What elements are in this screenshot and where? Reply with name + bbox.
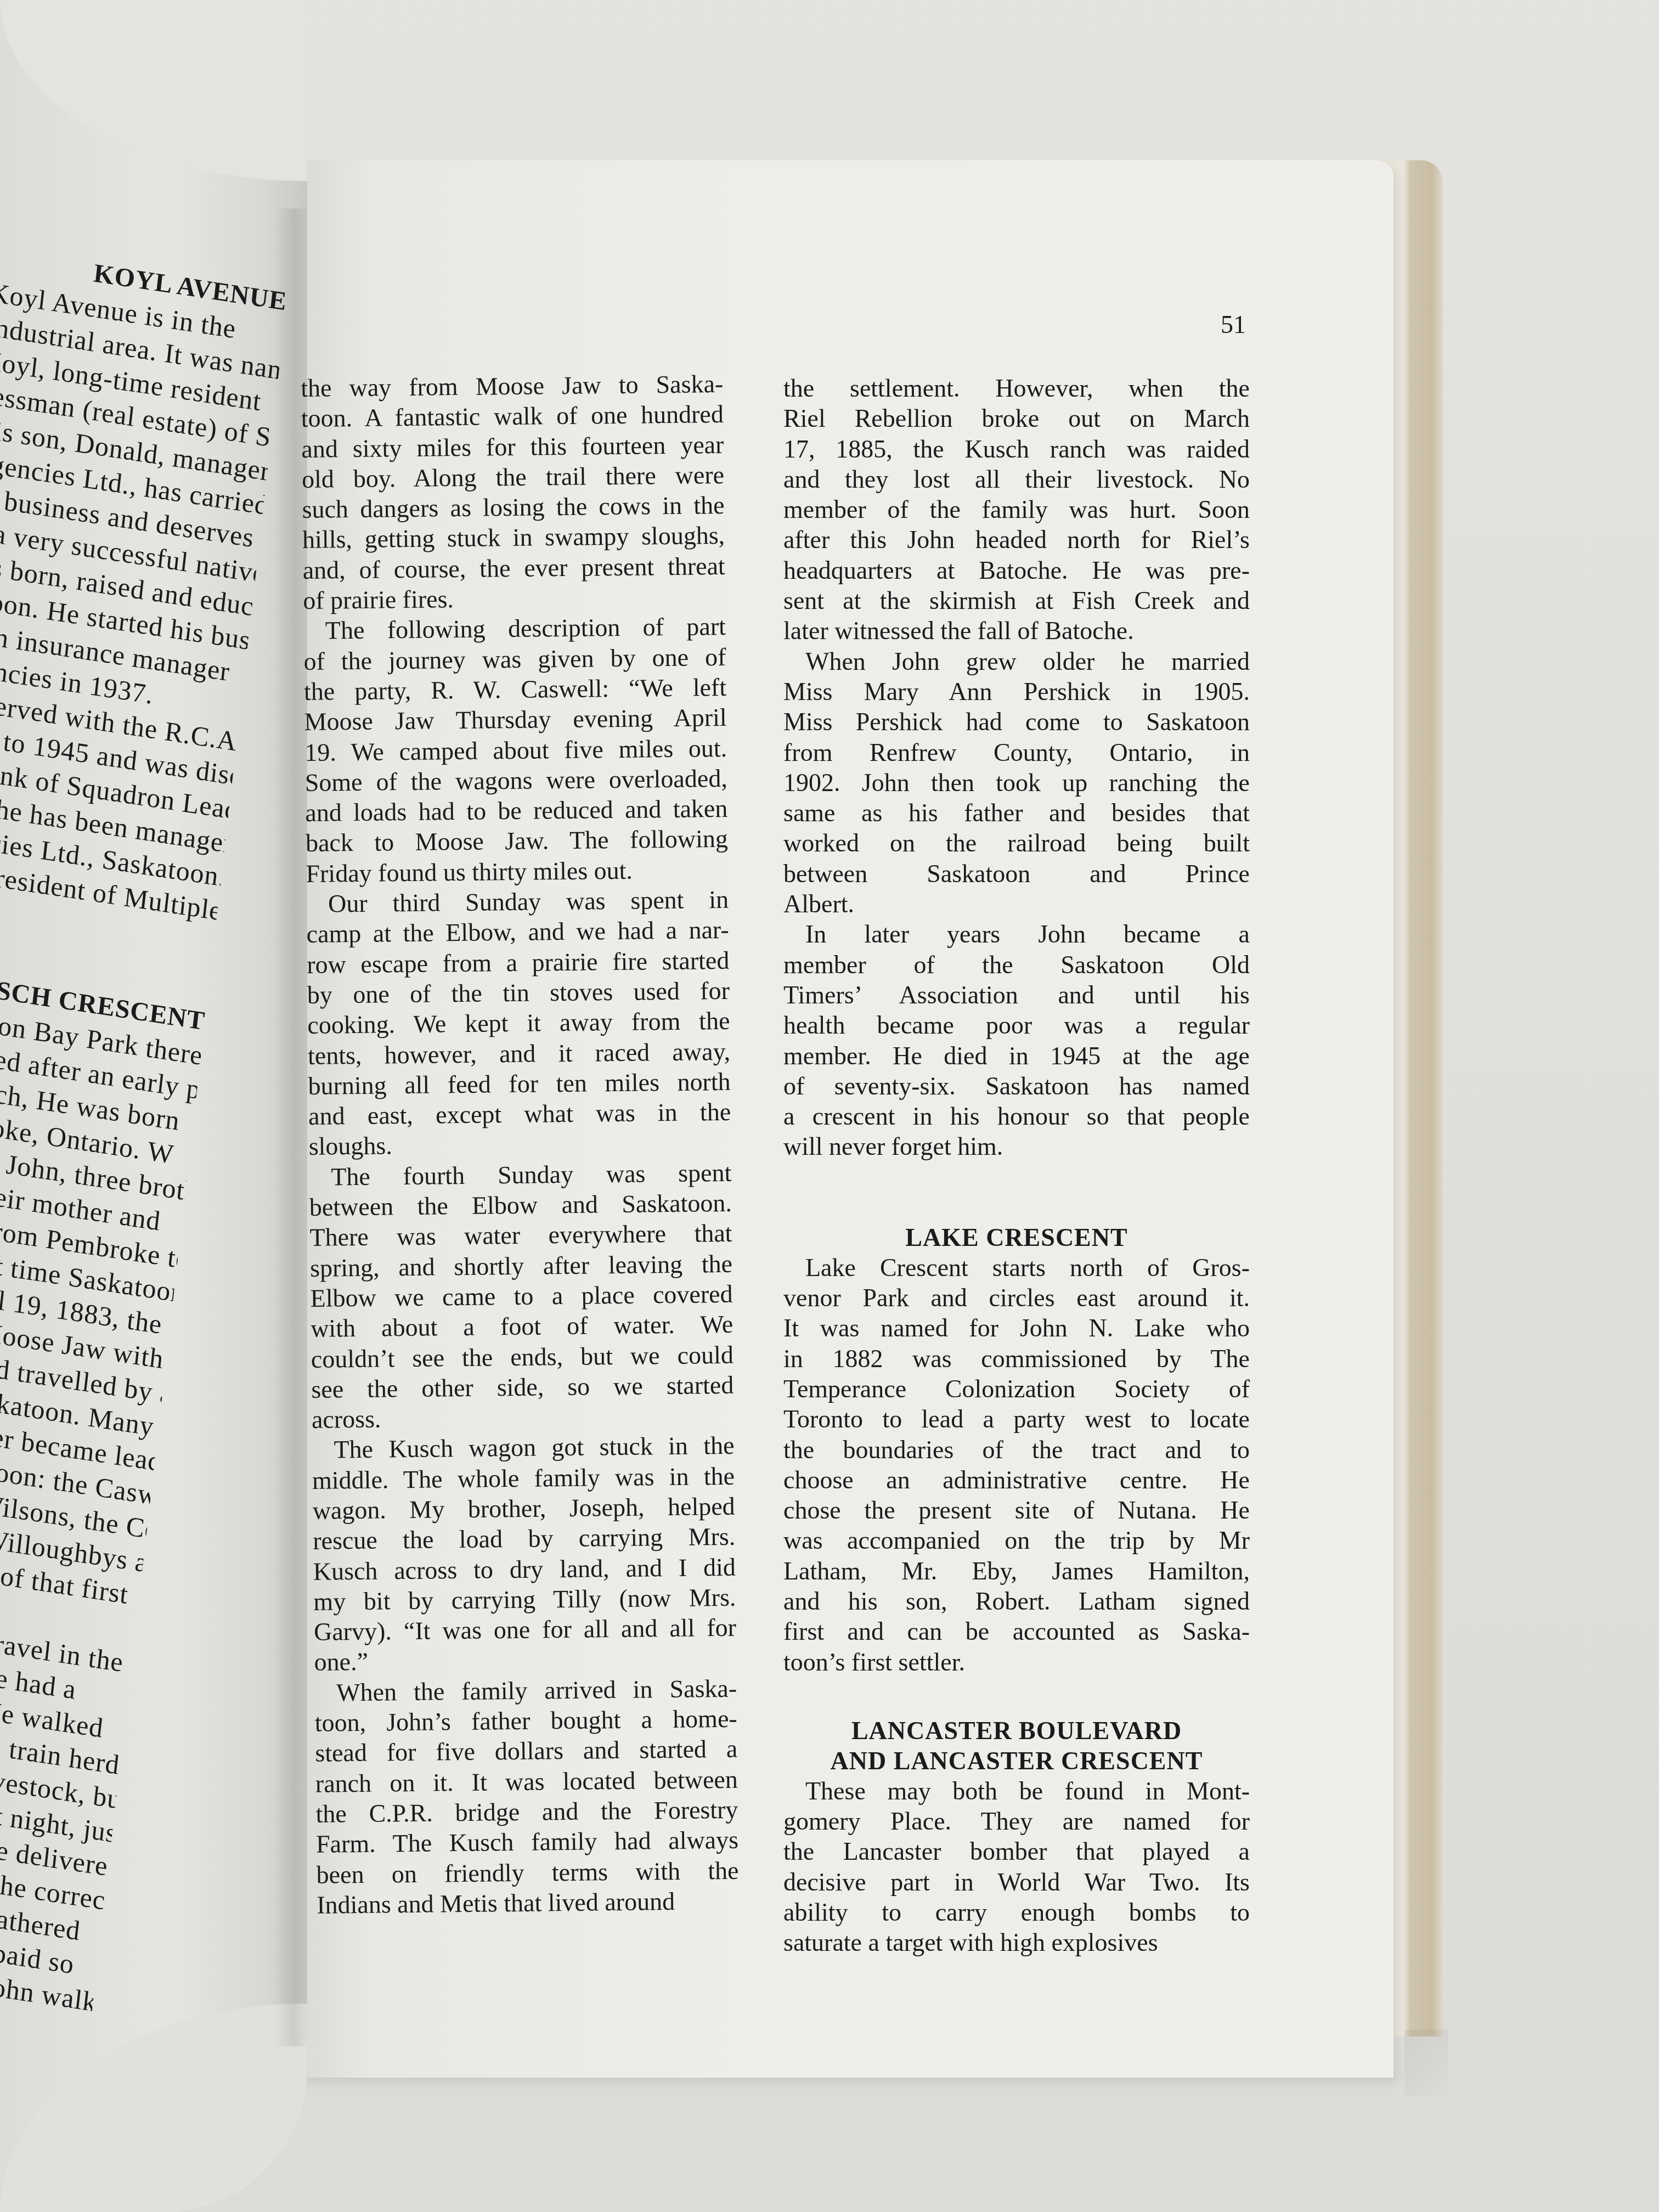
text-line: Miss Pershick had come to Saskatoon	[783, 707, 1250, 737]
text-line: Our third Sunday was spent in	[306, 884, 729, 919]
text-line: and his son, Robert. Latham signed	[783, 1586, 1250, 1616]
text-line: Elbow we came to a place covered	[310, 1279, 733, 1313]
text-line: with about a foot of water. We	[311, 1309, 733, 1344]
text-line: When the family arrived in Saska-	[314, 1673, 737, 1708]
paragraph: When John grew older he marriedMiss Mary…	[783, 646, 1250, 919]
text-line: middle. The whole family was in the	[312, 1461, 735, 1496]
text-line: Farm. The Kusch family had always	[316, 1825, 739, 1859]
text-line: burning all feed for ten miles north	[308, 1066, 731, 1101]
text-line: the Lancaster bomber that played a	[783, 1836, 1250, 1866]
paragraph: the settlement. However, when theRiel Re…	[783, 373, 1250, 646]
text-line: toon’s first settler.	[783, 1647, 1250, 1677]
middle-column: the way from Moose Jaw to Saska-toon. A …	[301, 369, 739, 1920]
section-heading-lancaster-2: AND LANCASTER CRESCENT	[783, 1746, 1250, 1776]
text-line: Latham, Mr. Eby, James Hamilton,	[783, 1556, 1250, 1586]
text-line: the settlement. However, when the	[783, 373, 1250, 403]
text-line: across.	[312, 1400, 735, 1435]
lake-crescent-body: Lake Crescent starts north of Gros-venor…	[783, 1252, 1250, 1677]
text-line: by one of the tin stoves used for	[307, 975, 730, 1010]
book-shadow	[1404, 2030, 1448, 2096]
text-line: old boy. Along the trail there were	[302, 460, 725, 494]
text-line: and east, except what was in the	[308, 1097, 731, 1131]
paragraph: When the family arrived in Saska-toon, J…	[314, 1673, 740, 1920]
text-line: Temperance Colonization Society of	[783, 1374, 1250, 1404]
paragraph: Lake Crescent starts north of Gros-venor…	[783, 1252, 1250, 1677]
text-line: choose an administrative centre. He	[783, 1465, 1250, 1495]
text-line: spring, and shortly after leaving the	[310, 1248, 733, 1283]
paragraph: The Kusch wagon got stuck in themiddle. …	[312, 1430, 737, 1677]
text-line: Garvy). “It was one for all and all for	[314, 1612, 737, 1647]
text-line: The following description of part	[303, 611, 726, 646]
text-line: 1902. John then took up ranching the	[783, 768, 1250, 798]
text-line: Lake Crescent starts north of Gros-	[783, 1252, 1250, 1283]
page-number: 51	[1221, 310, 1246, 339]
text-line: first and can be accounted as Saska-	[783, 1616, 1250, 1646]
text-line: In later years John became a	[783, 919, 1250, 949]
text-line: sloughs.	[308, 1127, 731, 1161]
text-line: member of the family was hurt. Soon	[783, 494, 1250, 524]
text-line: will never forget him.	[783, 1131, 1250, 1161]
text-line: tents, however, and it raced away,	[308, 1036, 731, 1070]
text-line: health became poor was a regular	[783, 1010, 1250, 1040]
text-line: camp at the Elbow, and we had a nar-	[306, 915, 729, 949]
text-line: and sixty miles for this fourteen year	[301, 430, 724, 464]
text-line: of seventy-six. Saskatoon has named	[783, 1071, 1250, 1101]
text-line: gomery Place. They are named for	[783, 1806, 1250, 1836]
text-line: back to Moose Jaw. The following	[306, 823, 729, 858]
left-page-text: KOYL AVENUEKoyl Avenue is in theIndustri…	[0, 241, 289, 2018]
section-heading-lake-crescent: LAKE CRESCENT	[783, 1222, 1250, 1252]
text-line: cooking. We kept it away from the	[307, 1006, 730, 1040]
text-line: one.”	[314, 1643, 737, 1677]
text-line: from Renfrew County, Ontario, in	[783, 737, 1250, 768]
text-line: of the journey was given by one of	[303, 642, 726, 676]
text-line: Timers’ Association and until his	[783, 980, 1250, 1010]
text-line: the boundaries of the tract and to	[783, 1435, 1250, 1465]
text-line: Riel Rebellion broke out on March	[783, 403, 1250, 433]
text-line: see the other side, so we started	[311, 1370, 734, 1404]
paragraph: The following description of partof the …	[303, 611, 729, 889]
text-line: between the Elbow and Saskatoon.	[309, 1188, 732, 1222]
text-line: after this John headed north for Riel’s	[783, 524, 1250, 555]
text-line: my bit by carrying Tilly (now Mrs.	[313, 1582, 736, 1617]
text-line: Indians and Metis that lived around	[317, 1886, 740, 1920]
text-line: same as his father and besides that	[783, 798, 1250, 828]
text-line: member of the Saskatoon Old	[783, 950, 1250, 980]
text-line: and, of course, the ever present threat	[302, 551, 725, 585]
text-line: Some of the wagons were overloaded,	[305, 763, 728, 798]
text-line: ranch on it. It was located between	[315, 1764, 738, 1798]
text-line: sent at the skirmish at Fish Creek and	[783, 585, 1250, 616]
right-column-top: the settlement. However, when theRiel Re…	[783, 373, 1250, 1162]
text-line: later witnessed the fall of Batoche.	[783, 616, 1250, 646]
paragraph: the way from Moose Jaw to Saska-toon. A …	[301, 369, 726, 616]
section-heading-lancaster-1: LANCASTER BOULEVARD	[783, 1716, 1250, 1746]
right-column: the settlement. However, when theRiel Re…	[783, 373, 1250, 1958]
text-line: in 1882 was commissioned by The	[783, 1344, 1250, 1374]
text-line: Kusch across to dry land, and I did	[313, 1551, 736, 1586]
text-line: couldn’t see the ends, but we could	[311, 1339, 734, 1374]
text-line: Friday found us thirty miles out.	[306, 854, 729, 889]
text-line: wagon. My brother, Joseph, helped	[312, 1491, 735, 1526]
lancaster-body: These may both be found in Mont-gomery P…	[783, 1776, 1250, 1958]
text-line: such dangers as losing the cows in the	[302, 490, 725, 524]
text-line: Miss Mary Ann Pershick in 1905.	[783, 676, 1250, 707]
text-line: decisive part in World War Two. Its	[783, 1867, 1250, 1897]
left-page: KOYL AVENUEKoyl Avenue is in theIndustri…	[0, 0, 307, 2212]
text-line: member. He died in 1945 at the age	[783, 1041, 1250, 1071]
text-line: headquarters at Batoche. He was pre-	[783, 555, 1250, 585]
text-line: Moose Jaw Thursday evening April	[304, 702, 727, 737]
text-line: and they lost all their livestock. No	[783, 464, 1250, 494]
paragraph: These may both be found in Mont-gomery P…	[783, 1776, 1250, 1958]
text-line: When John grew older he married	[783, 646, 1250, 676]
text-line: worked on the railroad being built	[783, 828, 1250, 858]
text-line: was accompanied on the trip by Mr	[783, 1525, 1250, 1555]
text-line: It was named for John N. Lake who	[783, 1313, 1250, 1343]
text-line: There was water everywhere that	[309, 1218, 732, 1252]
paragraph: In later years John became amember of th…	[783, 919, 1250, 1161]
text-line: saturate a target with high explosives	[783, 1927, 1250, 1957]
text-line: between Saskatoon and Prince	[783, 859, 1250, 889]
text-line: ability to carry enough bombs to	[783, 1897, 1250, 1927]
text-line: toon, John’s father bought a home-	[314, 1703, 737, 1738]
text-line: venor Park and circles east around it.	[783, 1283, 1250, 1313]
text-line: The Kusch wagon got stuck in the	[312, 1430, 735, 1465]
text-line: a crescent in his honour so that people	[783, 1101, 1250, 1131]
text-line: 17, 1885, the Kusch ranch was raided	[783, 434, 1250, 464]
text-line: and loads had to be reduced and taken	[305, 793, 728, 828]
text-line: been on friendly terms with the	[316, 1855, 739, 1889]
text-line: Albert.	[783, 889, 1250, 919]
text-line: The fourth Sunday was spent	[309, 1158, 732, 1192]
text-line: rescue the load by carrying Mrs.	[313, 1521, 736, 1556]
text-line: toon. A fantastic walk of one hundred	[301, 399, 724, 433]
paragraph: The fourth Sunday was spentbetween the E…	[309, 1158, 734, 1435]
text-line: These may both be found in Mont-	[783, 1776, 1250, 1806]
text-line: stead for five dollars and started a	[315, 1734, 738, 1768]
text-line: chose the present site of Nutana. He	[783, 1495, 1250, 1525]
text-line: the party, R. W. Caswell: “We left	[304, 672, 727, 707]
text-line: 19. We camped about five miles out.	[304, 732, 727, 767]
text-line: of prairie fires.	[303, 581, 726, 616]
text-line: Toronto to lead a party west to locate	[783, 1404, 1250, 1434]
text-line: the C.P.R. bridge and the Forestry	[315, 1795, 738, 1829]
text-line: the way from Moose Jaw to Saska-	[301, 369, 724, 403]
paragraph: Our third Sunday was spent incamp at the…	[306, 884, 731, 1162]
text-line: row escape from a prairie fire started	[307, 945, 730, 980]
text-line: hills, getting stuck in swampy sloughs,	[302, 520, 725, 555]
